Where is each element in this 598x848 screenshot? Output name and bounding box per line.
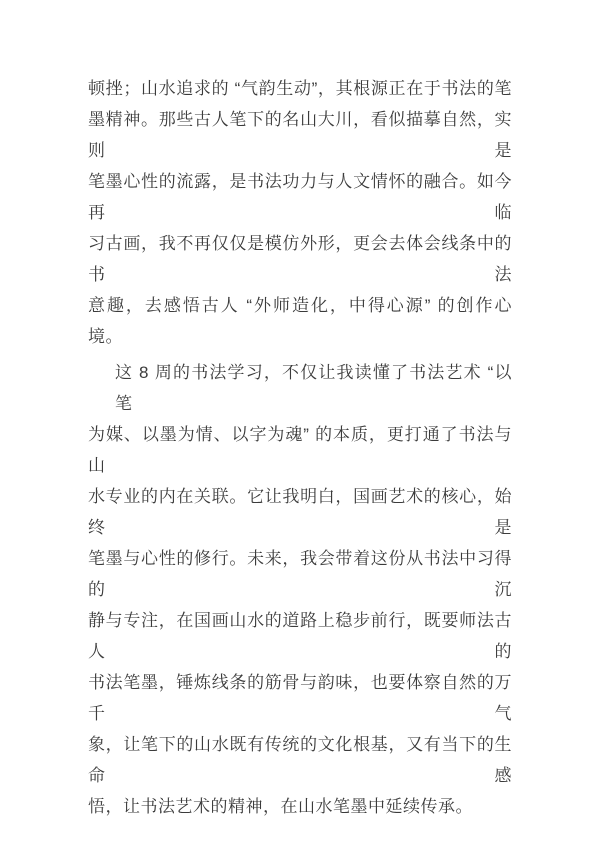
text-line: 象，让笔下的山水既有传统的文化根基，又有当下的生命感	[88, 729, 512, 791]
text-line: 书法笔墨，锤炼线条的筋骨与韵味，也要体察自然的万千气	[88, 667, 512, 729]
text-line: 水专业的内在关联。它让我明白，国画艺术的核心，始终是	[88, 481, 512, 543]
text-line: 静与专注，在国画山水的道路上稳步前行，既要师法古人的	[88, 605, 512, 667]
text-line: 为媒、以墨为情、以字为魂” 的本质，更打通了书法与山	[88, 419, 512, 481]
text-line: 这 8 周的书法学习，不仅让我读懂了书法艺术 “以笔	[88, 357, 512, 419]
text-line: 墨精神。那些古人笔下的名山大川，看似描摹自然，实则是	[88, 104, 512, 166]
text-line: 顿挫；山水追求的 “气韵生动”，其根源正在于书法的笔	[88, 73, 512, 104]
text-line: 悟，让书法艺术的精神，在山水笔墨中延续传承。	[88, 791, 512, 822]
paragraph: 这 8 周的书法学习，不仅让我读懂了书法艺术 “以笔为媒、以墨为情、以字为魂” …	[88, 357, 512, 822]
paragraph: 顿挫；山水追求的 “气韵生动”，其根源正在于书法的笔墨精神。那些古人笔下的名山大…	[88, 73, 512, 352]
document-page: 顿挫；山水追求的 “气韵生动”，其根源正在于书法的笔墨精神。那些古人笔下的名山大…	[0, 0, 598, 848]
text-line: 笔墨心性的流露，是书法功力与人文情怀的融合。如今再临	[88, 166, 512, 228]
text-line: 意趣，去感悟古人 “外师造化，中得心源” 的创作心境。	[88, 290, 512, 352]
text-line: 笔墨与心性的修行。未来，我会带着这份从书法中习得的沉	[88, 543, 512, 605]
essay-body: 顿挫；山水追求的 “气韵生动”，其根源正在于书法的笔墨精神。那些古人笔下的名山大…	[88, 73, 512, 822]
text-line: 习古画，我不再仅仅是模仿外形，更会去体会线条中的书法	[88, 228, 512, 290]
